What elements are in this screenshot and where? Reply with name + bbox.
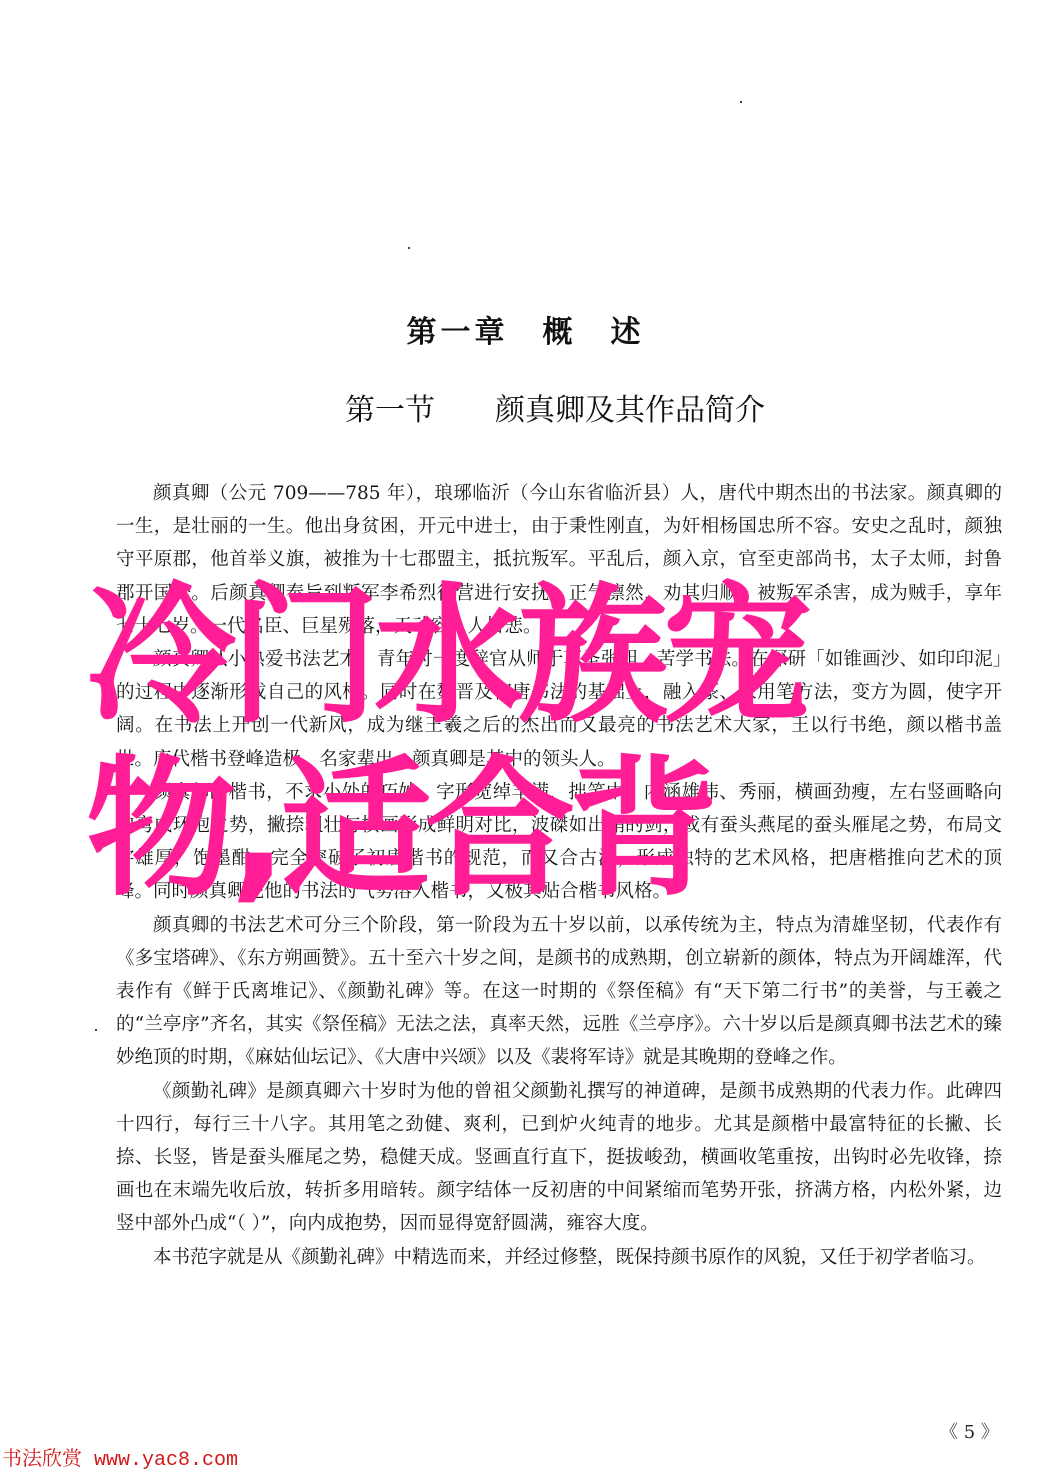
- section-title: 第一节 颜真卿及其作品简介: [345, 385, 765, 429]
- paragraph: 《颜勤礼碑》是颜真卿六十岁时为他的曾祖父颜勤礼撰写的神道碑，是颜书成熟期的代表力…: [116, 1075, 1002, 1241]
- document-page: 第一章 概 述 第一节 颜真卿及其作品简介 颜真卿（公元 709——785 年）…: [0, 0, 1051, 1479]
- margin-mark: [95, 1029, 97, 1031]
- paragraph: 颜真卿的书法艺术可分三个阶段，第一阶段为五十岁以前，以承传统为主，特点为清雄坚韧…: [116, 909, 1002, 1075]
- scan-speck: [740, 101, 742, 103]
- paragraph: 颜真卿（公元 709——785 年），琅琊临沂（今山东省临沂县）人，唐代中期杰出…: [116, 477, 1002, 643]
- chapter-title: 第一章 概 述: [0, 307, 1051, 351]
- body-text: 颜真卿（公元 709——785 年），琅琊临沂（今山东省临沂县）人，唐代中期杰出…: [116, 477, 1002, 1274]
- page-number: 《 5 》: [940, 1418, 999, 1444]
- scan-speck: [408, 247, 410, 249]
- paragraph: 颜真卿从小热爱书法艺术，青年时一度辞官从师于草圣张旭，苦学书法。在深研「如锥画沙…: [116, 643, 1002, 776]
- paragraph: 颜真卿的楷书，不求小处的巧妙，字形宽绰丰满，拙笔中，内涵雄伟、秀丽，横画劲瘦，左…: [116, 776, 1002, 909]
- site-watermark: 书法欣赏 www.yac8.com: [2, 1442, 238, 1472]
- paragraph: 本书范字就是从《颜勤礼碑》中精选而来，并经过修整，既保持颜书原作的风貌，又任于初…: [116, 1241, 1002, 1274]
